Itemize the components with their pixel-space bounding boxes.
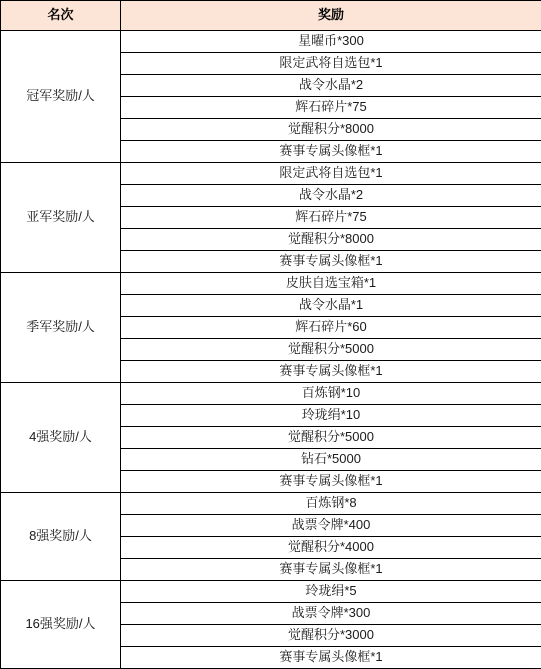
reward-cell: 战令水晶*1 xyxy=(121,295,541,317)
reward-cell: 限定武将自选包*1 xyxy=(121,163,541,185)
reward-cell: 战票令牌*300 xyxy=(121,603,541,625)
header-rank: 名次 xyxy=(1,1,121,31)
group-top16: 16强奖励/人 玲珑绢*5 战票令牌*300 觉醒积分*3000 赛事专属头像框… xyxy=(1,581,541,669)
rank-cell-top8: 8强奖励/人 xyxy=(1,493,121,581)
table-row: 亚军奖励/人 限定武将自选包*1 xyxy=(1,163,541,185)
group-top8: 8强奖励/人 百炼钢*8 战票令牌*400 觉醒积分*4000 赛事专属头像框*… xyxy=(1,493,541,581)
table-row: 冠军奖励/人 星曜币*300 xyxy=(1,31,541,53)
table-row: 16强奖励/人 玲珑绢*5 xyxy=(1,581,541,603)
reward-cell: 赛事专属头像框*1 xyxy=(121,361,541,383)
reward-cell: 限定武将自选包*1 xyxy=(121,53,541,75)
reward-cell: 战令水晶*2 xyxy=(121,75,541,97)
reward-cell: 辉石碎片*60 xyxy=(121,317,541,339)
reward-cell: 辉石碎片*75 xyxy=(121,207,541,229)
reward-cell: 觉醒积分*5000 xyxy=(121,427,541,449)
reward-cell: 皮肤自选宝箱*1 xyxy=(121,273,541,295)
header-row: 名次 奖励 xyxy=(1,1,541,31)
reward-cell: 赛事专属头像框*1 xyxy=(121,647,541,669)
header-reward: 奖励 xyxy=(121,1,541,31)
reward-cell: 赛事专属头像框*1 xyxy=(121,559,541,581)
reward-cell: 赛事专属头像框*1 xyxy=(121,141,541,163)
rank-cell-runner-up: 亚军奖励/人 xyxy=(1,163,121,273)
table-row: 8强奖励/人 百炼钢*8 xyxy=(1,493,541,515)
rank-cell-champion: 冠军奖励/人 xyxy=(1,31,121,163)
reward-cell: 战令水晶*2 xyxy=(121,185,541,207)
group-third-place: 季军奖励/人 皮肤自选宝箱*1 战令水晶*1 辉石碎片*60 觉醒积分*5000… xyxy=(1,273,541,383)
tournament-rewards-table: 名次 奖励 冠军奖励/人 星曜币*300 限定武将自选包*1 战令水晶*2 辉石… xyxy=(0,0,541,669)
rewards-page: 名次 奖励 冠军奖励/人 星曜币*300 限定武将自选包*1 战令水晶*2 辉石… xyxy=(0,0,541,653)
rank-cell-top16: 16强奖励/人 xyxy=(1,581,121,669)
reward-cell: 觉醒积分*5000 xyxy=(121,339,541,361)
reward-cell: 百炼钢*10 xyxy=(121,383,541,405)
reward-cell: 辉石碎片*75 xyxy=(121,97,541,119)
reward-cell: 钻石*5000 xyxy=(121,449,541,471)
table-row: 季军奖励/人 皮肤自选宝箱*1 xyxy=(1,273,541,295)
reward-cell: 觉醒积分*8000 xyxy=(121,119,541,141)
reward-cell: 百炼钢*8 xyxy=(121,493,541,515)
rank-cell-third-place: 季军奖励/人 xyxy=(1,273,121,383)
reward-cell: 星曜币*300 xyxy=(121,31,541,53)
group-top4: 4强奖励/人 百炼钢*10 玲珑绢*10 觉醒积分*5000 钻石*5000 赛… xyxy=(1,383,541,493)
reward-cell: 赛事专属头像框*1 xyxy=(121,251,541,273)
rank-cell-top4: 4强奖励/人 xyxy=(1,383,121,493)
table-row: 4强奖励/人 百炼钢*10 xyxy=(1,383,541,405)
group-champion: 冠军奖励/人 星曜币*300 限定武将自选包*1 战令水晶*2 辉石碎片*75 … xyxy=(1,31,541,163)
reward-cell: 战票令牌*400 xyxy=(121,515,541,537)
reward-cell: 赛事专属头像框*1 xyxy=(121,471,541,493)
group-runner-up: 亚军奖励/人 限定武将自选包*1 战令水晶*2 辉石碎片*75 觉醒积分*800… xyxy=(1,163,541,273)
reward-cell: 玲珑绢*5 xyxy=(121,581,541,603)
reward-cell: 觉醒积分*3000 xyxy=(121,625,541,647)
reward-cell: 觉醒积分*8000 xyxy=(121,229,541,251)
reward-cell: 觉醒积分*4000 xyxy=(121,537,541,559)
reward-cell: 玲珑绢*10 xyxy=(121,405,541,427)
